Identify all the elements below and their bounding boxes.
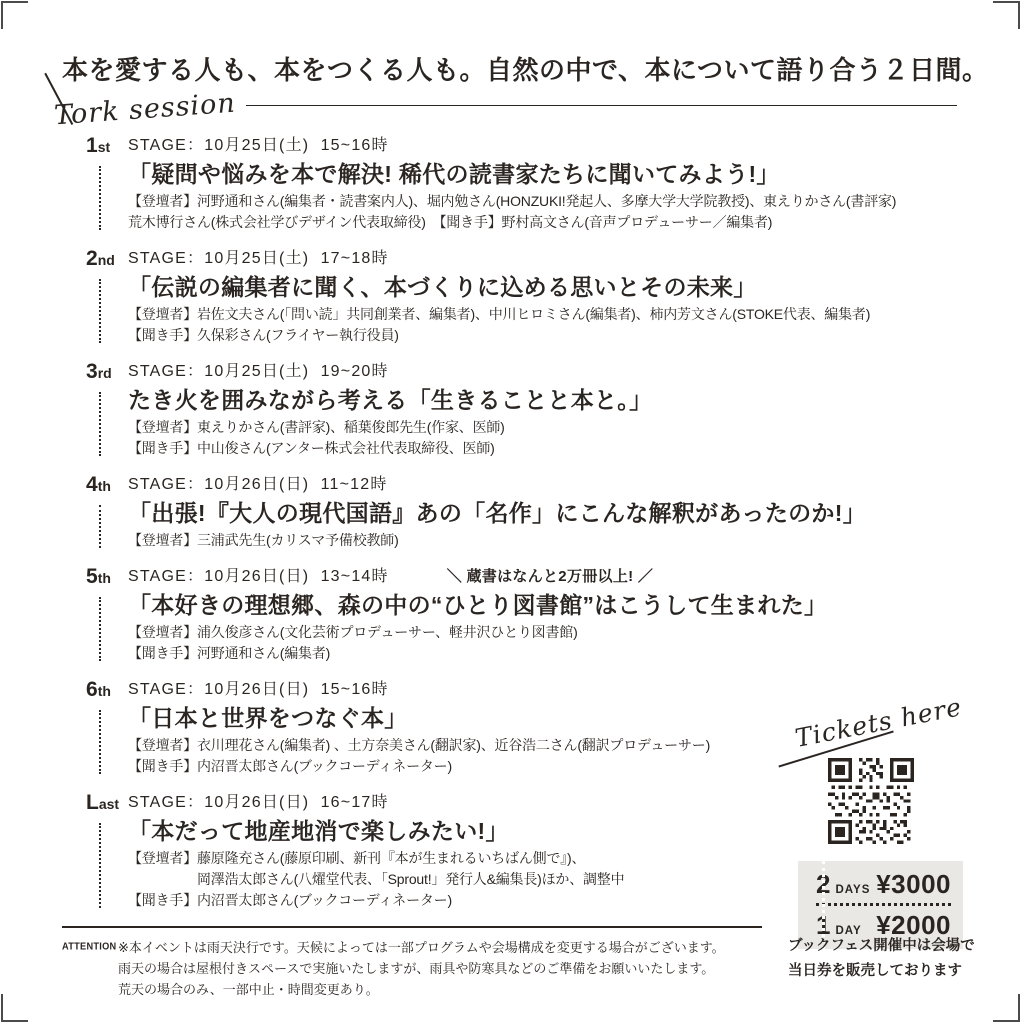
speaker-line: 荒木博行さん(株式会社学びデザイン代表取締役) 【聞き手】野村高文さん(音声プロ…: [128, 212, 960, 233]
price-dotted-separator: [816, 903, 951, 906]
stage-datetime: STAGE：10月26日(日) 15~16時: [128, 677, 389, 702]
speaker-line: 【登壇者】浦久俊彦さん(文化芸術プロデューサー、軽井沢ひとり図書館): [128, 622, 960, 643]
speaker-line: 【聞き手】河野通和さん(編集者): [128, 643, 960, 664]
stage-annotation-callout: ＼ 蔵書はなんと2万冊以上! ／: [447, 564, 653, 589]
dotted-line: [99, 710, 101, 774]
header-divider-rule: [246, 105, 957, 106]
corner-mark-bottom-left: [1, 994, 28, 1022]
stage-block-1st: 1st STAGE：10月25日(土) 15~16時 「疑問や悩みを本で解決! …: [86, 133, 960, 233]
speaker-line: 【登壇者】東えりかさん(書評家)、稲葉俊郎先生(作家、医師): [128, 417, 960, 438]
talk-session-header: Tork session: [54, 94, 957, 125]
dotted-line: [99, 505, 101, 548]
stage-number: 2nd: [86, 246, 128, 273]
attention-label: ATTENTION: [62, 941, 114, 1003]
stage-number: 4th: [86, 472, 128, 499]
tickets-here-script-label: Tickets here: [793, 692, 965, 753]
stage-block-3rd: 3rd STAGE：10月25日(土) 19~20時 たき火を囲みながら考える「…: [86, 359, 960, 459]
dotted-line: [99, 166, 101, 230]
corner-mark-top-right: [993, 1, 1020, 29]
speaker-line: 【登壇者】岩佐文夫さん(「問い読」共同創業者、編集者)、中川ヒロミさん(編集者)…: [128, 304, 960, 325]
stage-title: 「出張!『大人の現代国語』あの「名作」にこんな解釈があったのか!」: [128, 497, 960, 530]
stage-datetime: STAGE：10月25日(土) 19~20時: [128, 359, 389, 384]
talk-session-script-logo: Tork session: [53, 88, 237, 132]
speaker-line: 【聞き手】久保彩さん(フライヤー執行役員): [128, 325, 960, 346]
stage-number: 1st: [86, 133, 128, 160]
tickets-panel: Tickets here: [780, 700, 975, 990]
speaker-line: 【登壇者】河野通和さん(編集者・読書案内人)、堀内勉さん(HONZUKI!発起人…: [128, 191, 960, 212]
price-row-2days: 2 DAYS ¥3000: [816, 869, 951, 900]
page-tagline: 本を愛する人も、本をつくる人も。自然の中で、本について語り合う２日間。: [62, 52, 962, 88]
stage-datetime: STAGE：10月25日(土) 15~16時: [128, 133, 389, 158]
qr-code-icon[interactable]: [828, 758, 914, 844]
dotted-line: [99, 823, 101, 908]
stage-datetime: STAGE：10月26日(日) 16~17時: [128, 790, 389, 815]
stage-title: 「伝説の編集者に聞く、本づくりに込める思いとその未来」: [128, 271, 960, 304]
stage-datetime: STAGE：10月26日(日) 13~14時: [128, 564, 389, 589]
speaker-line: 【聞き手】中山俊さん(アンター株式会社代表取締役、医師): [128, 438, 960, 459]
dotted-line: [99, 597, 101, 661]
stage-number: Last: [86, 790, 128, 817]
attention-section: ATTENTION ※本イベントは雨天決行です。天候によっては一部プログラムや会…: [62, 926, 762, 1000]
price-amount: ¥3000: [876, 869, 951, 900]
stage-title: 「本好きの理想郷、森の中の“ひとり図書館”はこうして生まれた」: [128, 589, 960, 622]
stage-datetime: STAGE：10月26日(日) 11~12時: [128, 472, 388, 497]
dotted-line: [99, 392, 101, 456]
stage-number: 5th: [86, 564, 128, 591]
stage-number: 3rd: [86, 359, 128, 386]
price-unit: DAYS: [835, 884, 870, 896]
onsite-ticket-note: ブックフェス開催中は会場で 当日券を販売しております: [788, 934, 975, 984]
stage-block-4th: 4th STAGE：10月26日(日) 11~12時 「出張!『大人の現代国語』…: [86, 472, 960, 551]
stage-title: 「疑問や悩みを本で解決! 稀代の読書家たちに聞いてみよう!」: [128, 158, 960, 191]
speaker-line: 【登壇者】三浦武先生(カリスマ予備校教師): [128, 530, 960, 551]
corner-mark-top-left: [1, 1, 28, 29]
dotted-line: [99, 279, 101, 343]
corner-mark-bottom-right: [993, 994, 1020, 1022]
stage-block-2nd: 2nd STAGE：10月25日(土) 17~18時 「伝説の編集者に聞く、本づ…: [86, 246, 960, 346]
stage-title: たき火を囲みながら考える「生きることと本と。」: [128, 384, 960, 417]
stage-datetime: STAGE：10月25日(土) 17~18時: [128, 246, 389, 271]
stage-number: 6th: [86, 677, 128, 704]
attention-text: ※本イベントは雨天決行です。天候によっては一部プログラムや会場構成を変更する場合…: [118, 937, 725, 1000]
stage-block-5th: 5th STAGE：10月26日(日) 13~14時 ＼ 蔵書はなんと2万冊以上…: [86, 564, 960, 664]
